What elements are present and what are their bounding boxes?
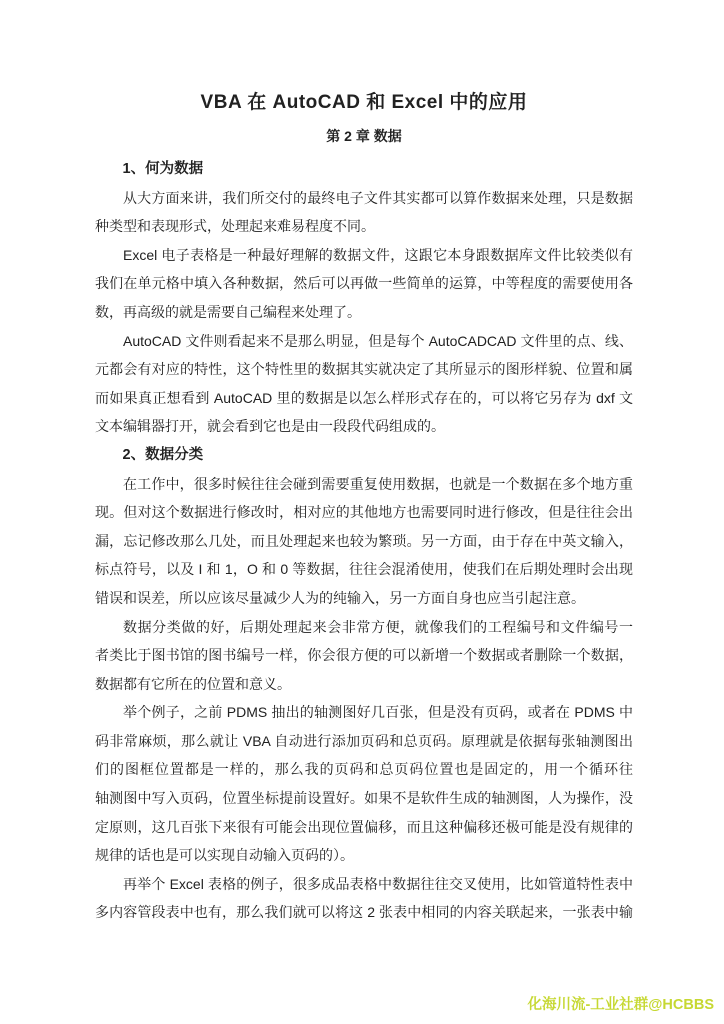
paragraph-line: 举个例子，之前 PDMS 抽出的轴测图好几百张，但是没有页码，或者在 PDMS …: [95, 698, 633, 727]
paragraph-line: 漏，忘记修改那么几处，而且处理起来也较为繁琐。另一方面，由于存在中英文输入，各种: [95, 527, 633, 556]
paragraph-line: 定原则，这几百张下来很有可能会出现位置偏移，而且这种偏移还极可能是没有规律的（有: [95, 813, 633, 842]
document-title: VBA 在 AutoCAD 和 Excel 中的应用: [95, 90, 633, 116]
paragraph: AutoCAD 文件则看起来不是那么明显，但是每个 AutoCADCAD 文件里…: [95, 327, 633, 441]
paragraph: 在工作中，很多时候往往会碰到需要重复使用数据，也就是一个数据在多个地方重复出现。…: [95, 470, 633, 613]
paragraph-line: 码非常麻烦，那么就让 VBA 自动进行添加页码和总页码。原理就是依据每张轴测图出…: [95, 727, 633, 756]
paragraph-line: Excel 电子表格是一种最好理解的数据文件，这跟它本身跟数据库文件比较类似有关…: [95, 241, 633, 270]
paragraph: Excel 电子表格是一种最好理解的数据文件，这跟它本身跟数据库文件比较类似有关…: [95, 241, 633, 327]
paragraph-line: 错误和误差，所以应该尽量减少人为的纯输入，另一方面自身也应当引起注意。: [95, 584, 633, 613]
paragraph-line: 再举个 Excel 表格的例子，很多成品表格中数据往往交叉使用，比如管道特性表中…: [95, 870, 633, 899]
document-body: 1、何为数据从大方面来讲，我们所交付的最终电子文件其实都可以算作数据来处理，只是…: [95, 155, 633, 927]
paragraph-line: 数据分类做的好，后期处理起来会非常方便，就像我们的工程编号和文件编号一样，或: [95, 613, 633, 642]
paragraph-line: 从大方面来讲，我们所交付的最终电子文件其实都可以算作数据来处理，只是数据有各: [95, 184, 633, 213]
paragraph-line: 数据都有它所在的位置和意义。: [95, 670, 633, 699]
paragraph: 从大方面来讲，我们所交付的最终电子文件其实都可以算作数据来处理，只是数据有各种类…: [95, 184, 633, 241]
document-page: VBA 在 AutoCAD 和 Excel 中的应用 第 2 章 数据 1、何为…: [0, 0, 724, 1024]
paragraph-line: 文本编辑器打开，就会看到它也是由一段段代码组成的。: [95, 412, 633, 441]
paragraph-line: 轴测图中写入页码，位置坐标提前设置好。如果不是软件生成的轴测图，人为操作，没有一: [95, 784, 633, 813]
document-content: VBA 在 AutoCAD 和 Excel 中的应用 第 2 章 数据 1、何为…: [95, 0, 633, 927]
paragraph-line: 现。但对这个数据进行修改时，相对应的其他地方也需要同时进行修改，但是往往会出现纰: [95, 498, 633, 527]
paragraph-line: 数，再高级的就是需要自己编程来处理了。: [95, 298, 633, 327]
paragraph-line: 标点符号，以及 I 和 1，O 和 0 等数据，往往会混淆使用，使我们在后期处理…: [95, 555, 633, 584]
paragraph-line: 元都会有对应的特性，这个特性里的数据其实就决定了其所显示的图形样貌、位置和属性。: [95, 355, 633, 384]
paragraph-line: 在工作中，很多时候往往会碰到需要重复使用数据，也就是一个数据在多个地方重复出: [95, 470, 633, 499]
paragraph-line: 而如果真正想看到 AutoCAD 里的数据是以怎么样形式存在的，可以将它另存为 …: [95, 384, 633, 413]
paragraph: 举个例子，之前 PDMS 抽出的轴测图好几百张，但是没有页码，或者在 PDMS …: [95, 698, 633, 870]
paragraph: 数据分类做的好，后期处理起来会非常方便，就像我们的工程编号和文件编号一样，或者类…: [95, 613, 633, 699]
paragraph-line: 者类比于图书馆的图书编号一样，你会很方便的可以新增一个数据或者删除一个数据，每个: [95, 641, 633, 670]
paragraph: 再举个 Excel 表格的例子，很多成品表格中数据往往交叉使用，比如管道特性表中…: [95, 870, 633, 927]
paragraph-line: 多内容管段表中也有，那么我们就可以将这 2 张表中相同的内容关联起来，一张表中输…: [95, 898, 633, 927]
paragraph-line: 们的图框位置都是一样的，那么我的页码和总页码位置也是固定的，用一个循环往 Aut…: [95, 755, 633, 784]
paragraph-line: 我们在单元格中填入各种数据，然后可以再做一些简单的运算，中等程度的需要使用各种函: [95, 269, 633, 298]
section-heading: 1、何为数据: [95, 155, 633, 184]
section-heading: 2、数据分类: [95, 441, 633, 470]
paragraph-line: AutoCAD 文件则看起来不是那么明显，但是每个 AutoCADCAD 文件里…: [95, 327, 633, 356]
paragraph-line: 规律的话也是可以实现自动输入页码的）。: [95, 841, 633, 870]
watermark-text: 化海川流-工业社群@HCBBS: [527, 994, 714, 1016]
paragraph-line: 种类型和表现形式，处理起来难易程度不同。: [95, 212, 633, 241]
chapter-heading: 第 2 章 数据: [95, 126, 633, 146]
